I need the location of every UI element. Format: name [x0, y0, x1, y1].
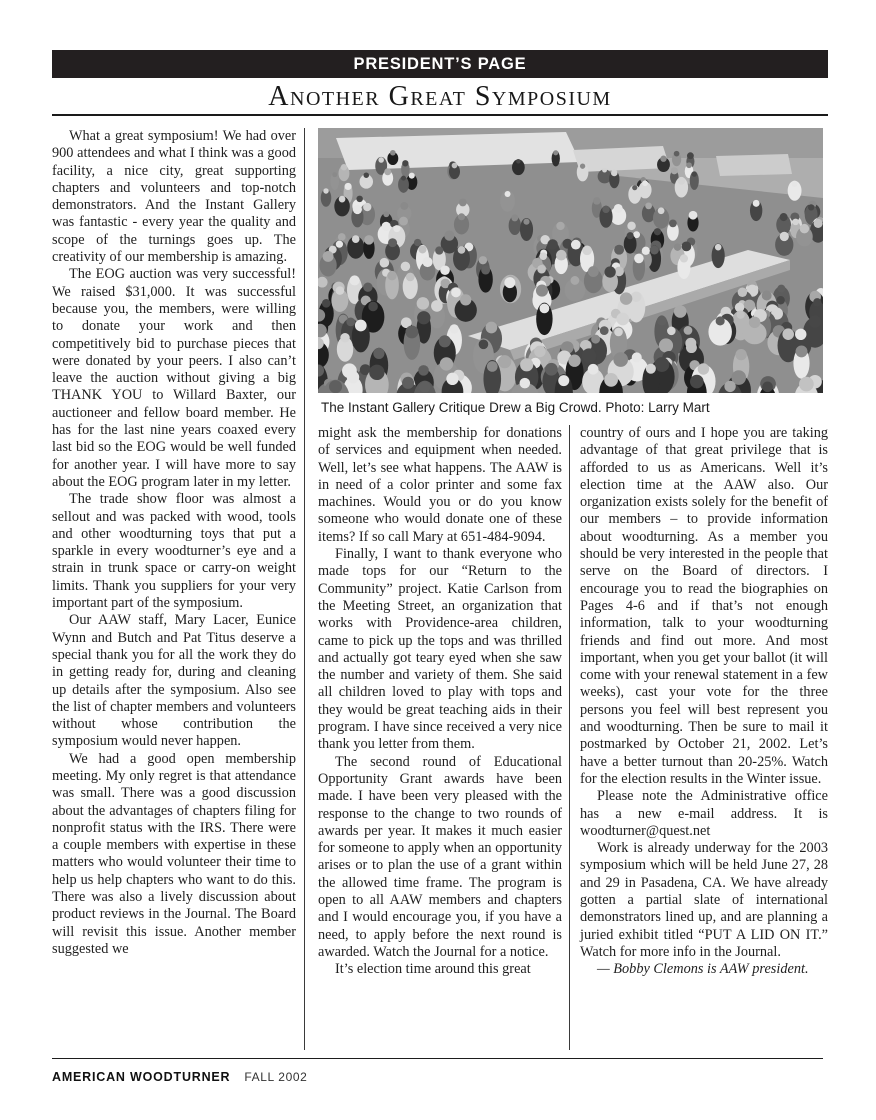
column-right: country of ours and I hope you are takin…: [570, 425, 828, 1050]
right-region: The Instant Gallery Critique Drew a Big …: [305, 128, 828, 1050]
paragraph: The EOG auction was very successful! We …: [52, 266, 296, 491]
section-banner: PRESIDENT’S PAGE: [52, 50, 828, 78]
page-footer: AMERICAN WOODTURNERFALL 2002: [52, 1058, 823, 1086]
column-middle: might ask the membership for donations o…: [318, 425, 569, 1050]
issue-label: FALL 2002: [244, 1070, 307, 1084]
article-body: What a great symposium! We had over 900 …: [52, 128, 828, 1050]
paragraph: What a great symposium! We had over 900 …: [52, 128, 296, 266]
paragraph: Our AAW staff, Mary Lacer, Eunice Wynn a…: [52, 612, 296, 750]
article-title: Another Great Symposium: [52, 81, 828, 113]
paragraph: Finally, I want to thank everyone who ma…: [318, 546, 562, 754]
paragraph: — Bobby Clemons is AAW president.: [580, 961, 828, 978]
title-rule: [52, 114, 828, 116]
magazine-page: PRESIDENT’S PAGE Another Great Symposium…: [0, 0, 876, 1120]
paragraph: The trade show floor was almost a sellou…: [52, 491, 296, 612]
paragraph: Please note the Administrative office ha…: [580, 788, 828, 840]
page-content: PRESIDENT’S PAGE Another Great Symposium…: [52, 50, 828, 1050]
photo-caption: The Instant Gallery Critique Drew a Big …: [321, 400, 828, 415]
paragraph: The second round of Educational Opportun…: [318, 754, 562, 962]
paragraph: Work is already underway for the 2003 sy…: [580, 840, 828, 961]
crowd-photo-illustration: [318, 128, 823, 393]
paragraph: might ask the membership for donations o…: [318, 425, 562, 546]
paragraph: It’s election time around this great: [318, 961, 562, 978]
lower-columns: might ask the membership for donations o…: [318, 425, 828, 1050]
paragraph: We had a good open membership meeting. M…: [52, 751, 296, 959]
magazine-name: AMERICAN WOODTURNER: [52, 1070, 230, 1084]
column-left: What a great symposium! We had over 900 …: [52, 128, 304, 1050]
paragraph: country of ours and I hope you are takin…: [580, 425, 828, 788]
crowd-photo: [318, 128, 823, 393]
banner-label: PRESIDENT’S PAGE: [354, 55, 527, 74]
